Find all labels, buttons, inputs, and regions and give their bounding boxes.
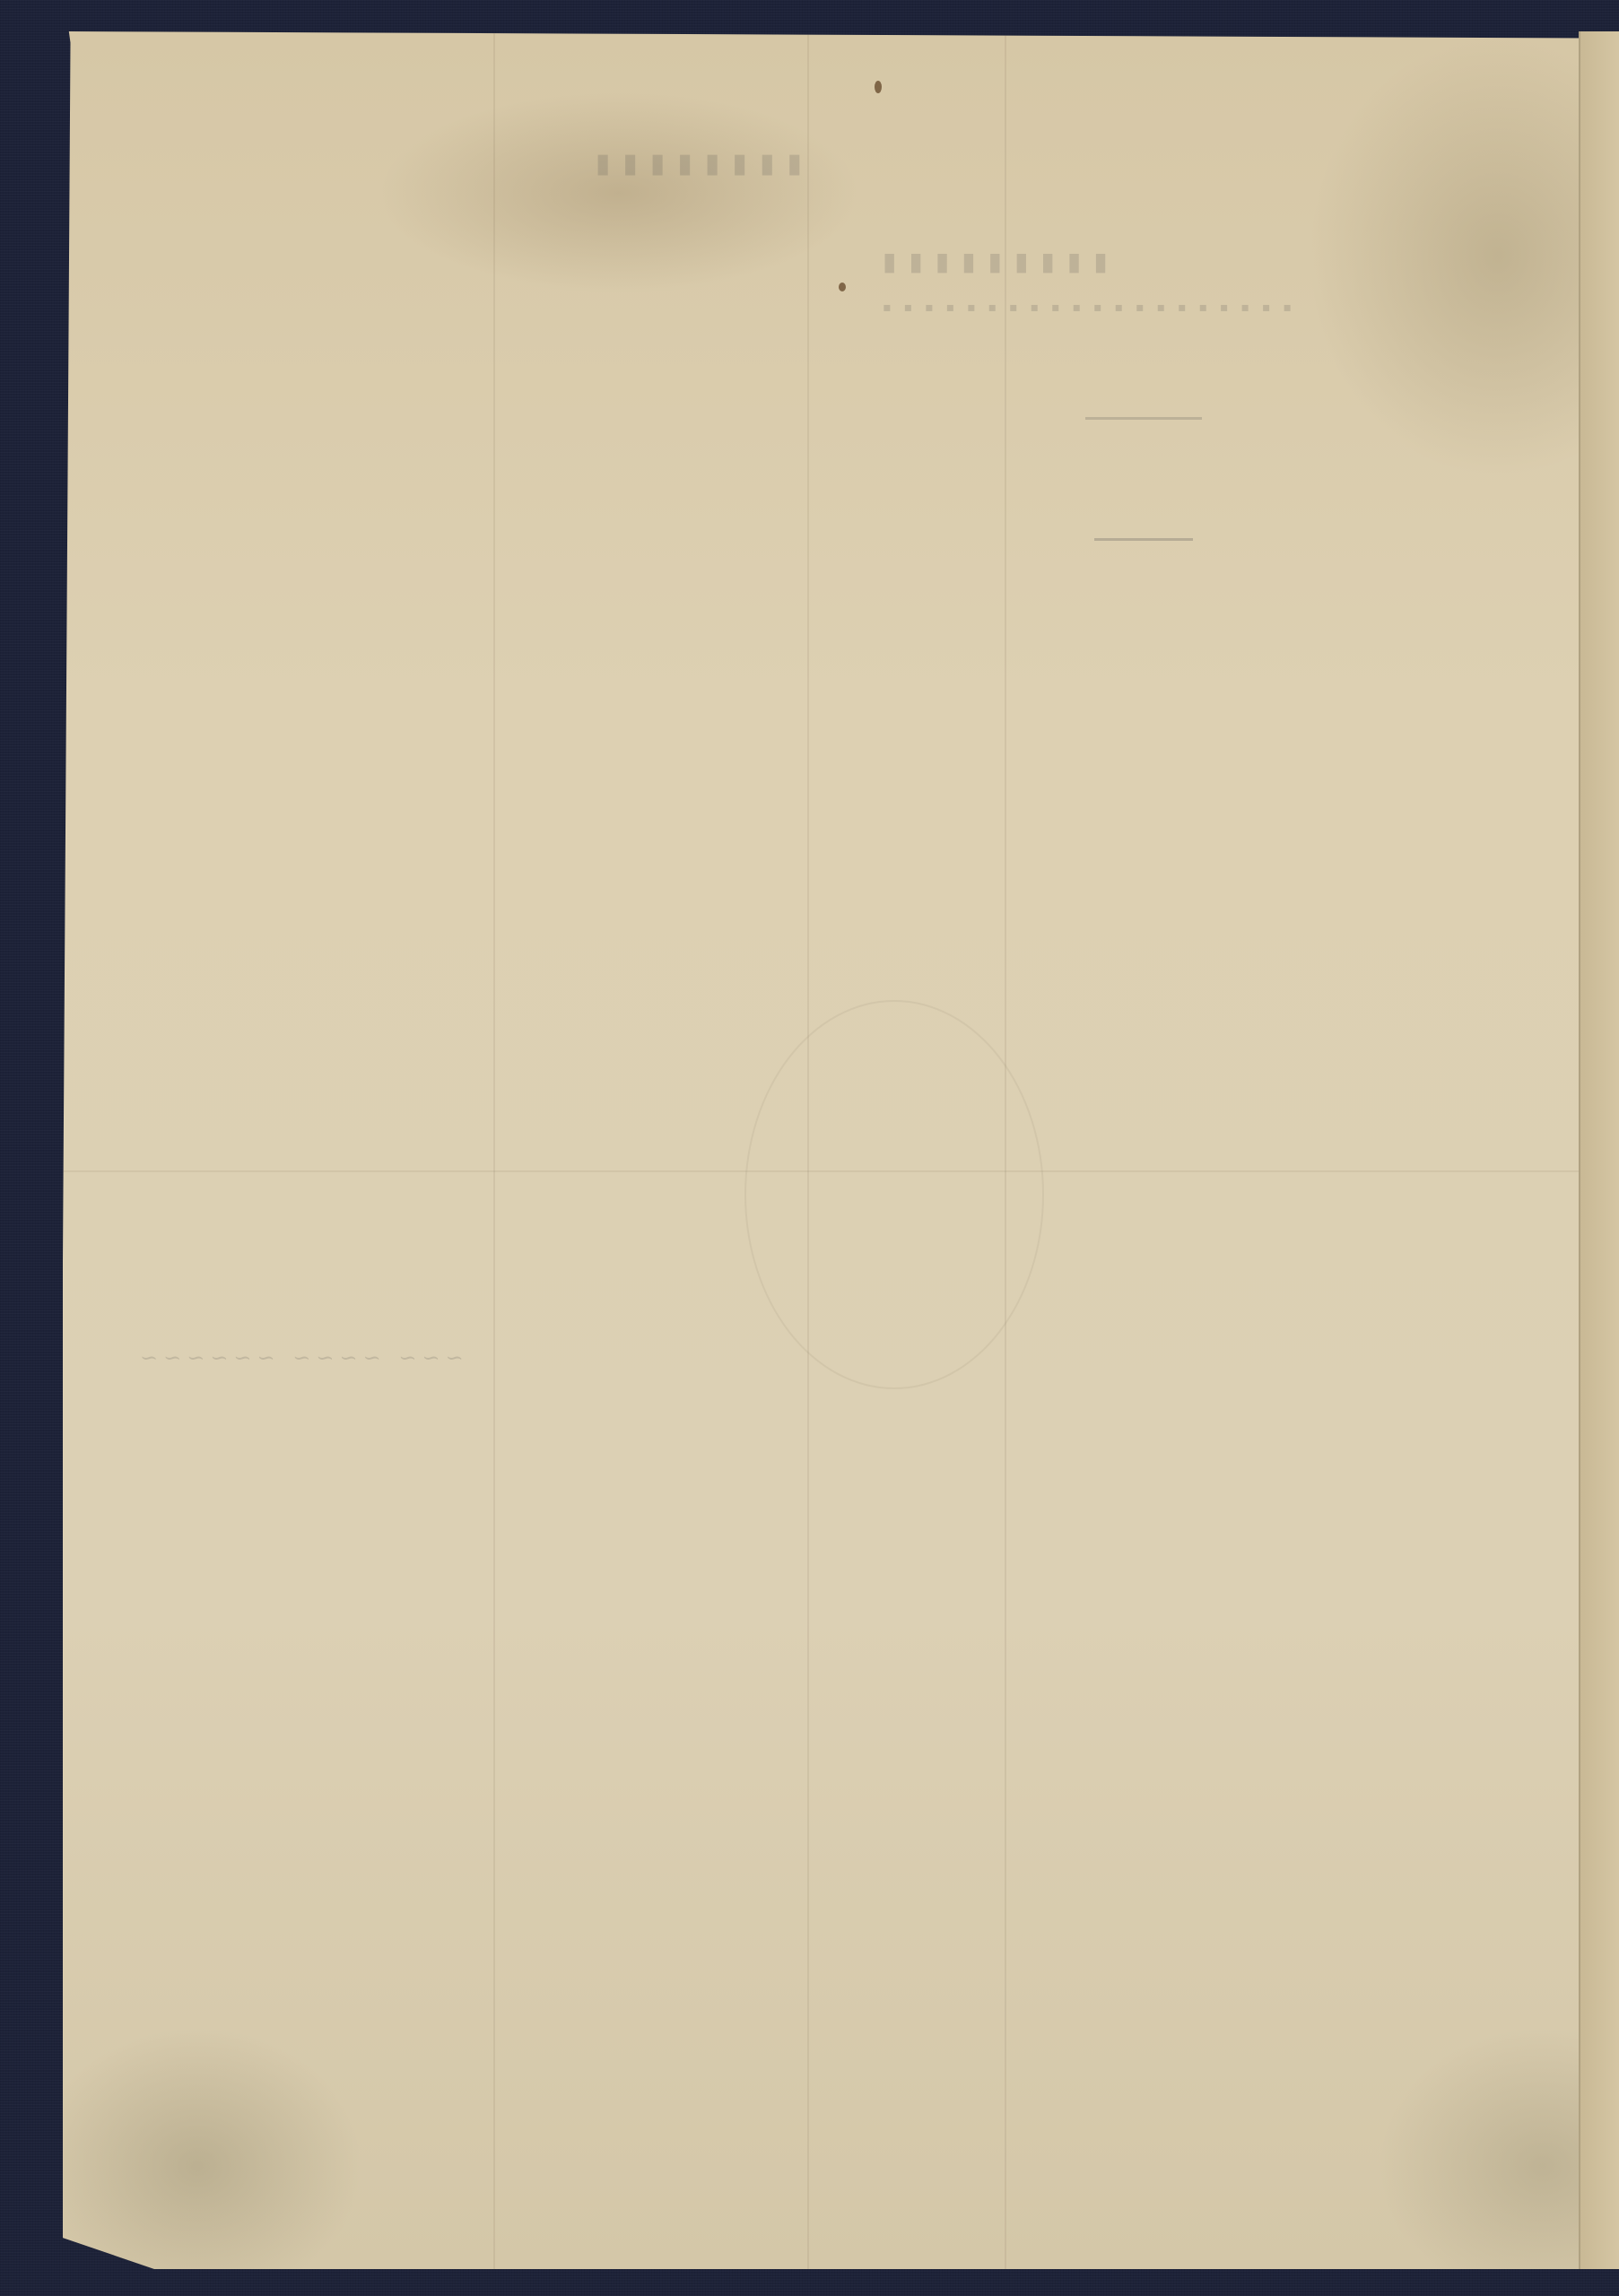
bleed-through-rule (1094, 538, 1193, 541)
paper-sheet: ▮▮▮▮▮▮▮▮ ▮▮▮▮▮▮▮▮▮ ▪▪▪▪▪▪▪▪▪▪▪▪▪▪▪▪▪▪▪▪ … (63, 31, 1588, 2269)
fold-line (493, 31, 495, 2269)
watermark-emblem (744, 1000, 1044, 1389)
ink-spot (839, 283, 846, 291)
bleed-through-signature: ~~~ ~~~~ ~~~~~~ (135, 1345, 464, 1370)
bleed-through-rule (1085, 417, 1202, 420)
ink-spot (875, 81, 882, 93)
bleed-through-line: ▪▪▪▪▪▪▪▪▪▪▪▪▪▪▪▪▪▪▪▪ (870, 300, 1292, 315)
bleed-through-heading: ▮▮▮▮▮▮▮▮ (583, 148, 802, 179)
bleed-through-heading: ▮▮▮▮▮▮▮▮▮ (870, 247, 1108, 276)
adjacent-page-edge (1579, 31, 1619, 2269)
